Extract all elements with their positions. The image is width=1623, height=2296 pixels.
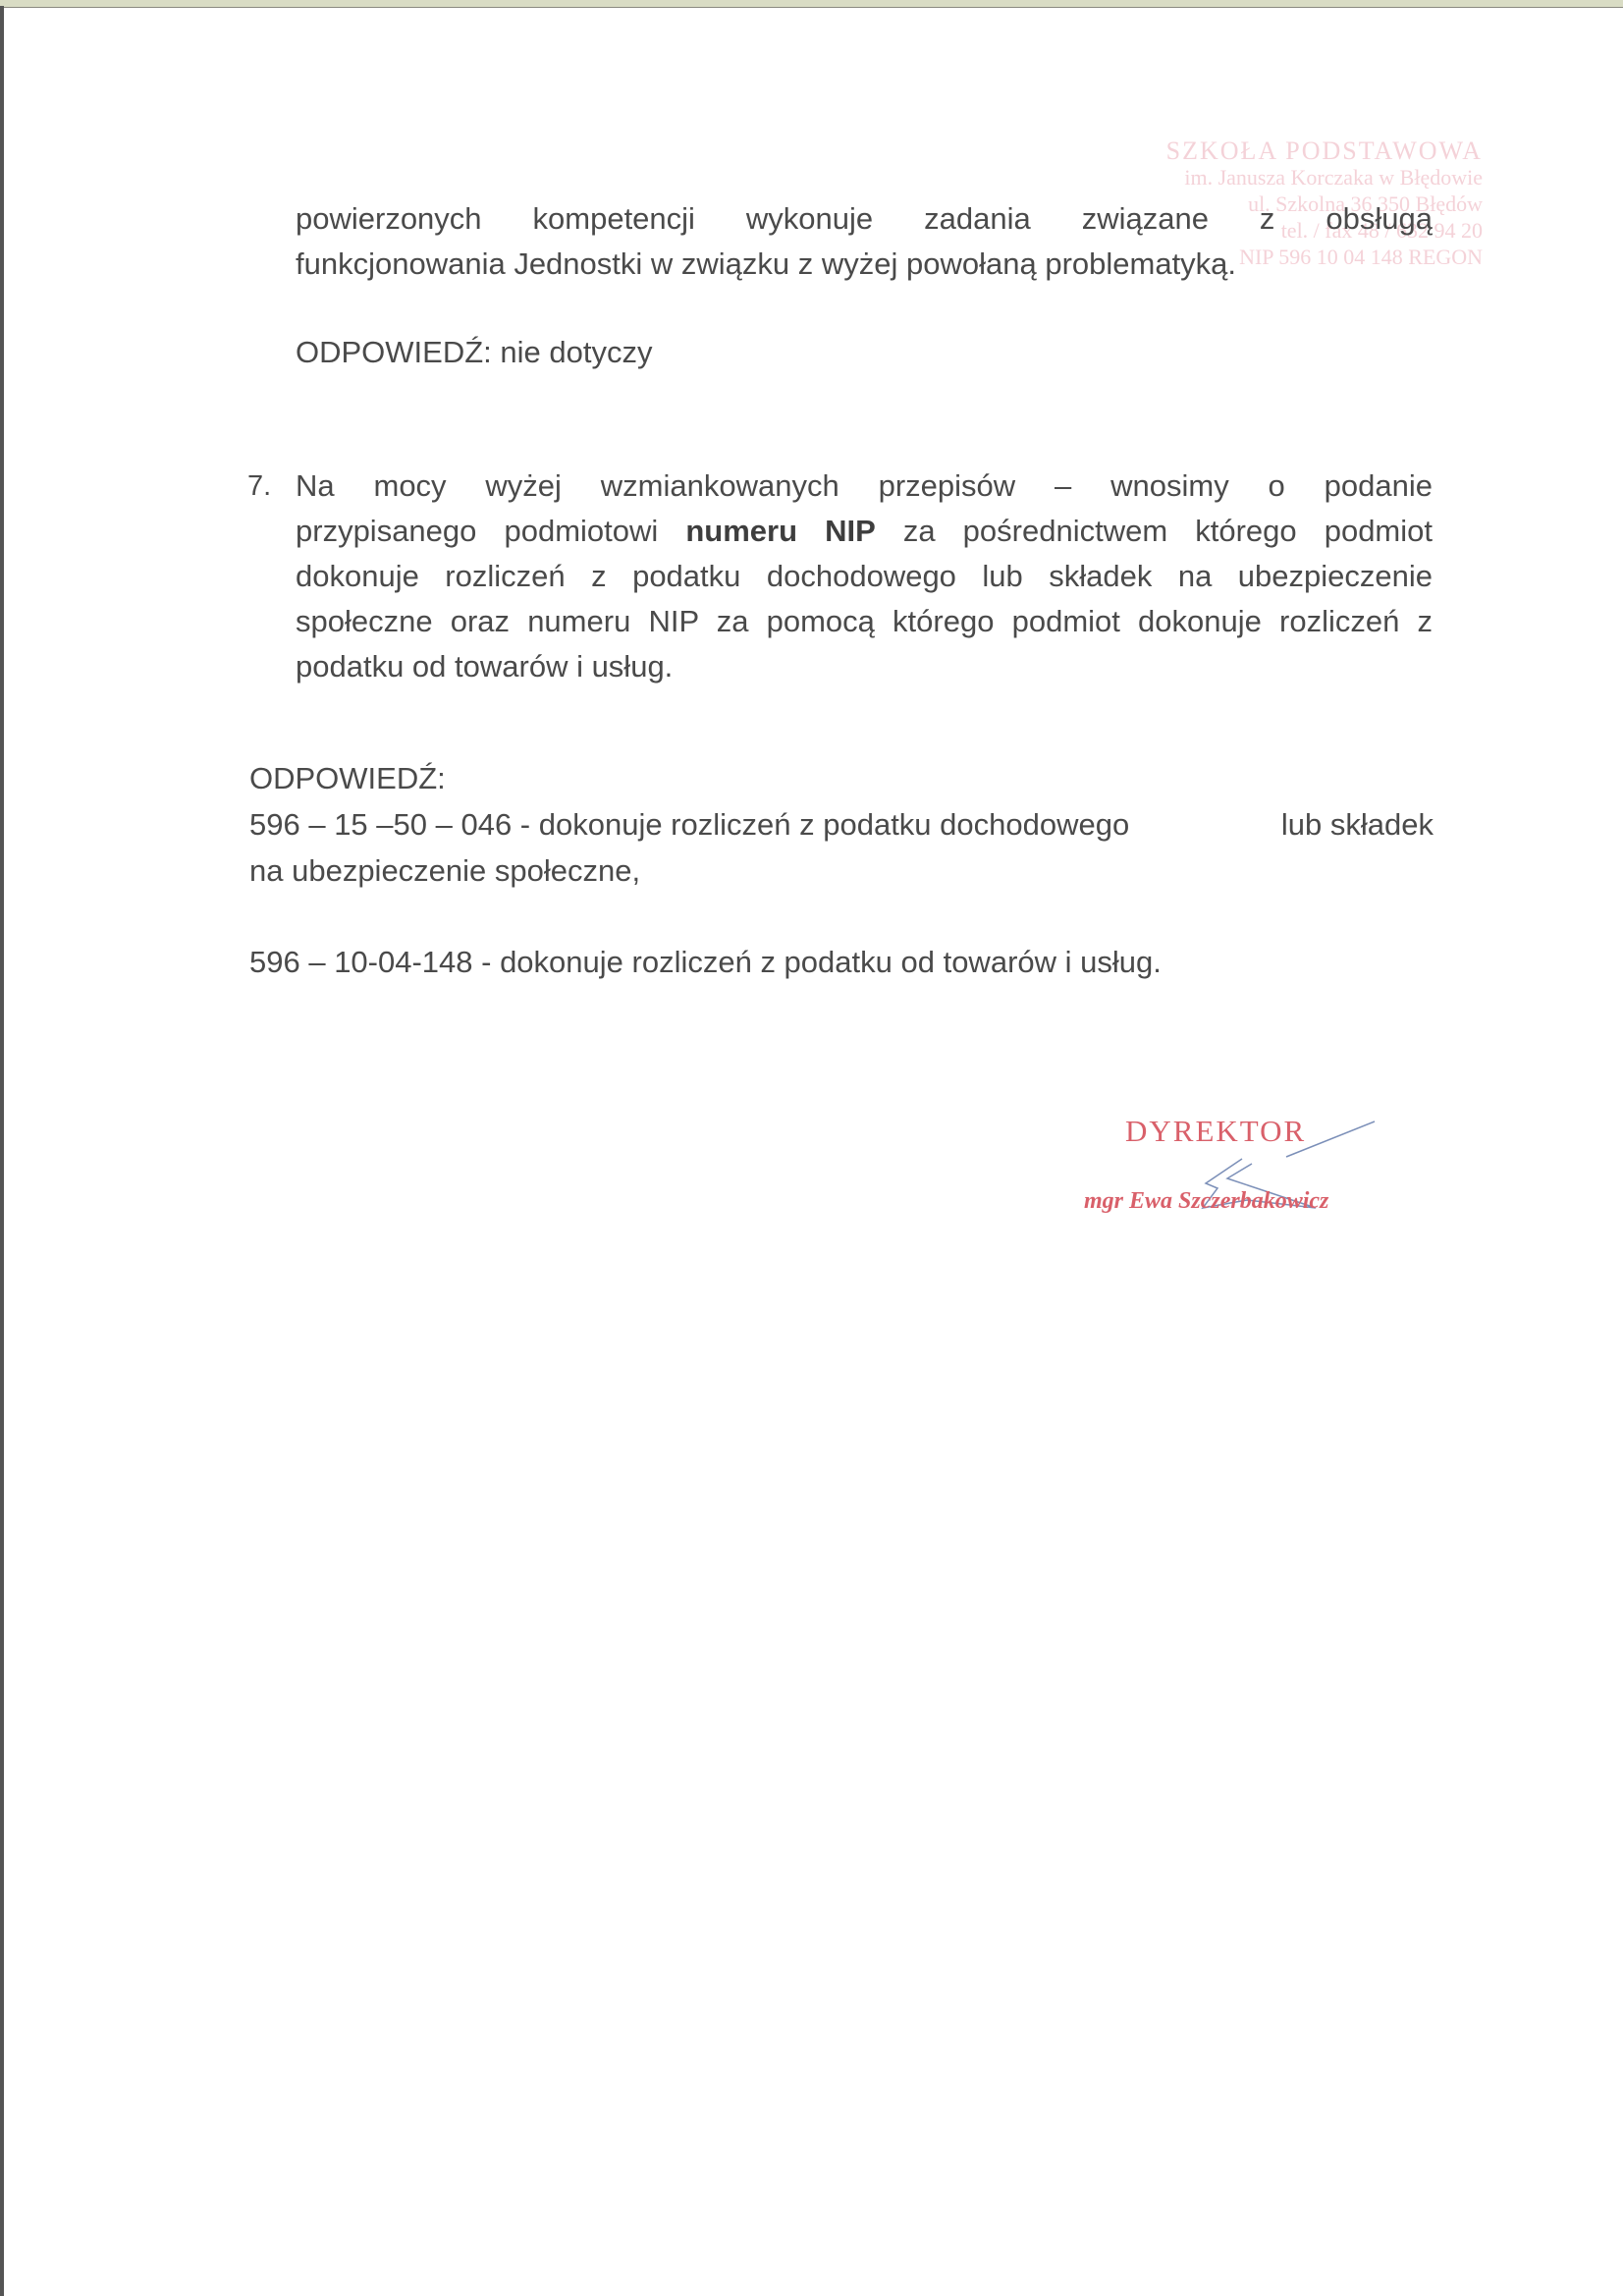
stamp-line: SZKOŁA PODSTAWOWA <box>1109 137 1483 164</box>
text-line: podatku od towarów i usług. <box>296 644 1433 689</box>
signature-name: mgr Ewa Szczerbakowicz <box>1084 1188 1328 1215</box>
text-segment: za pośrednictwem którego podmiot <box>876 514 1433 548</box>
signature-block: DYREKTOR mgr Ewa Szczerbakowicz <box>1080 1110 1394 1237</box>
text-line: funkcjonowania Jednostki w związku z wyż… <box>296 242 1433 287</box>
text-line: dokonuje rozliczeń z podatku dochodowego… <box>296 554 1433 599</box>
text-line: społeczne oraz numeru NIP za pomocą któr… <box>296 599 1433 644</box>
text-line: Na mocy wyżej wzmiankowanych przepisów –… <box>296 464 1433 509</box>
signature-title: DYREKTOR <box>1125 1114 1306 1149</box>
bold-nip-term: numeru NIP <box>685 514 875 548</box>
scan-left-edge <box>0 6 4 2296</box>
nip-vat: 596 – 10-04-148 - dokonuje rozliczeń z p… <box>249 940 1162 985</box>
text-line: powierzonych kompetencji wykonuje zadani… <box>296 196 1433 242</box>
item-number: 7. <box>247 464 271 509</box>
nip-income-tax-continuation: na ubezpieczenie społeczne, <box>249 848 640 894</box>
answer-1: ODPOWIEDŹ: nie dotyczy <box>296 330 652 375</box>
nip-income-tax: 596 – 15 –50 – 046 - dokonuje rozliczeń … <box>249 802 1129 847</box>
item-7-text: Na mocy wyżej wzmiankowanych przepisów –… <box>296 464 1433 689</box>
scan-top-edge <box>0 0 1623 8</box>
text-segment: przypisanego podmiotowi <box>296 514 685 548</box>
paragraph-continuation: powierzonych kompetencji wykonuje zadani… <box>296 196 1433 287</box>
text-line: przypisanego podmiotowi numeru NIP za po… <box>296 509 1433 554</box>
nip-income-tax-tail: lub składek <box>1281 802 1434 847</box>
stamp-line: im. Janusza Korczaka w Błędowie <box>1109 164 1483 191</box>
nip-income-tax-line: 596 – 15 –50 – 046 - dokonuje rozliczeń … <box>249 802 1434 847</box>
answer-2-label: ODPOWIEDŹ: <box>249 756 446 801</box>
